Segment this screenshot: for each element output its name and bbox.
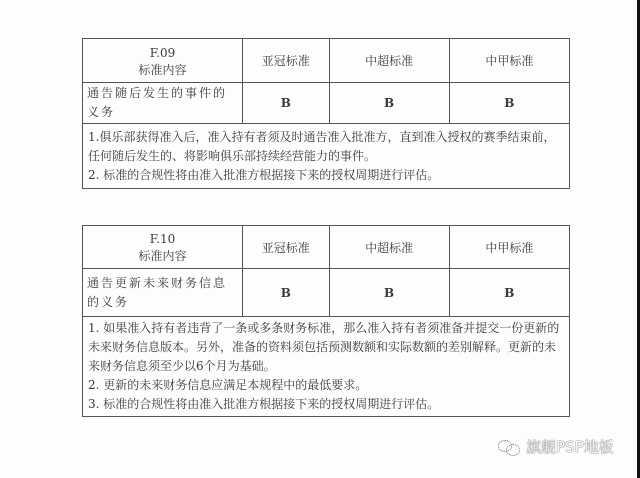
grade-afc: B — [243, 269, 329, 317]
table-row: 通告随后发生的事件的义务 B B B — [83, 83, 570, 124]
column-header-afc: 亚冠标准 — [243, 226, 329, 269]
note-item: 2. 标准的合规性将由准入批准方根据接下来的授权周期进行评估。 — [88, 166, 564, 185]
standard-table-f10: F.10 标准内容 亚冠标准 中超标准 中甲标准 通告更新未来财务信息的义务 B… — [82, 225, 570, 417]
grade-csl: B — [329, 83, 449, 124]
watermark-text: 旗舰PSP地板 — [526, 436, 614, 457]
grade-afc: B — [243, 83, 329, 124]
standard-content-label: 标准内容 — [87, 248, 238, 265]
column-header-china-league-one: 中甲标准 — [449, 39, 569, 83]
notes-row: 1. 如果准入持有者违背了一条或多条财务标准，那么准入持有者须准备并提交一份更新… — [83, 317, 570, 417]
column-header-csl: 中超标准 — [329, 226, 449, 269]
note-item: 1.俱乐部获得准入后，准入持有者须及时通告准入批准方，直到准入授权的赛季结束前，… — [88, 128, 564, 166]
column-header-china-league-one: 中甲标准 — [449, 226, 569, 269]
standard-code-cell: F.09 标准内容 — [83, 39, 243, 83]
table-header-row: F.10 标准内容 亚冠标准 中超标准 中甲标准 — [83, 226, 570, 269]
note-item: 2. 更新的未来财务信息应满足本规程中的最低要求。 — [88, 376, 564, 395]
table-row: 通告更新未来财务信息的义务 B B B — [83, 269, 570, 317]
standard-code-cell: F.10 标准内容 — [83, 226, 243, 269]
column-header-afc: 亚冠标准 — [243, 39, 329, 83]
note-item: 3. 标准的合规性将由准入批准方根据接下来的授权周期进行评估。 — [88, 395, 564, 414]
grade-china-league-one: B — [449, 269, 569, 317]
standard-name: 通告随后发生的事件的义务 — [83, 83, 243, 124]
note-item: 1. 如果准入持有者违背了一条或多条财务标准，那么准入持有者须准备并提交一份更新… — [88, 319, 564, 376]
grade-csl: B — [329, 269, 449, 317]
wechat-logo-icon — [498, 439, 520, 455]
standard-code: F.09 — [87, 45, 238, 62]
table-header-row: F.09 标准内容 亚冠标准 中超标准 中甲标准 — [83, 39, 570, 83]
standard-content-label: 标准内容 — [87, 62, 238, 79]
notes-row: 1.俱乐部获得准入后，准入持有者须及时通告准入批准方，直到准入授权的赛季结束前，… — [83, 124, 570, 189]
standard-name: 通告更新未来财务信息的义务 — [83, 269, 243, 317]
standard-table-f09: F.09 标准内容 亚冠标准 中超标准 中甲标准 通告随后发生的事件的义务 B … — [82, 38, 570, 189]
column-header-csl: 中超标准 — [329, 39, 449, 83]
grade-china-league-one: B — [449, 83, 569, 124]
standard-code: F.10 — [87, 231, 238, 248]
watermark: 旗舰PSP地板 — [498, 436, 614, 457]
notes-cell: 1.俱乐部获得准入后，准入持有者须及时通告准入批准方，直到准入授权的赛季结束前，… — [83, 124, 570, 189]
notes-cell: 1. 如果准入持有者违背了一条或多条财务标准，那么准入持有者须准备并提交一份更新… — [83, 317, 570, 417]
